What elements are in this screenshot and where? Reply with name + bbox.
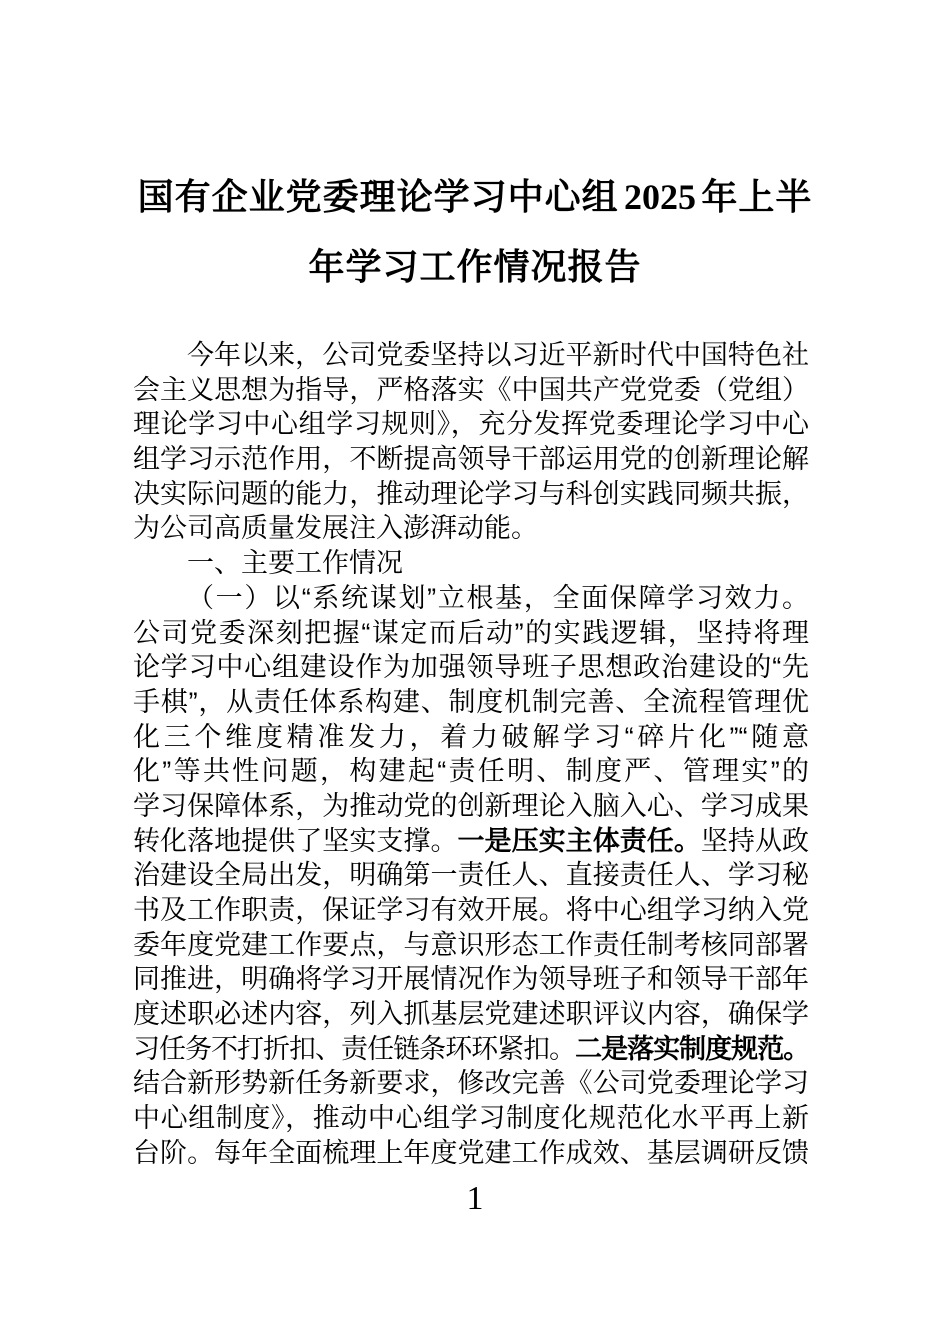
text-line: 度述职必述内容，列入抓基层党建述职评议内容，确保学	[133, 997, 809, 1032]
bold-emphasis: 一是压实主体责任。	[458, 826, 701, 856]
title-text-pre: 国有企业党委理论学习中心组	[138, 176, 619, 217]
bold-emphasis: 二是落实制度规范。	[575, 1034, 809, 1064]
text-line: 决实际问题的能力，推动理论学习与科创实践同频共振，	[133, 477, 809, 512]
text-line: 化三个维度精准发力，着力破解学习“碎片化”“随意	[133, 720, 809, 755]
text-line: 委年度党建工作要点，与意识形态工作责任制考核同部署	[133, 928, 809, 963]
text-line: 书及工作职责，保证学习有效开展。将中心组学习纳入党	[133, 893, 809, 928]
text-line: 理论学习中心组学习规则》，充分发挥党委理论学习中心	[133, 407, 809, 442]
title-text-post: 年上半	[701, 176, 812, 217]
text-line: 化”等共性问题，构建起“责任明、制度严、管理实”的	[133, 754, 809, 789]
text-line: 中心组制度》，推动中心组学习制度化规范化水平再上新	[133, 1101, 809, 1136]
text-line: 论学习中心组建设作为加强领导班子思想政治建设的“先	[133, 650, 809, 685]
title-year: 2025	[624, 177, 696, 217]
text-line: 习任务不打折扣、责任链条环环紧扣。二是落实制度规范。	[133, 1032, 809, 1067]
document-page: 国有企业党委理论学习中心组2025年上半 年学习工作情况报告 今年以来，公司党委…	[0, 0, 950, 1344]
title-line-1: 国有企业党委理论学习中心组2025年上半	[0, 162, 950, 232]
text-line: 转化落地提供了坚实支撑。一是压实主体责任。坚持从政	[133, 824, 809, 859]
text-line: 手棋”，从责任体系构建、制度机制完善、全流程管理优	[133, 685, 809, 720]
document-body: 今年以来，公司党委坚持以习近平新时代中国特色社会主义思想为指导，严格落实《中国共…	[133, 338, 809, 1171]
text-line: 治建设全局出发，明确第一责任人、直接责任人、学习秘	[133, 858, 809, 893]
text-line: 组学习示范作用，不断提高领导干部运用党的创新理论解	[133, 442, 809, 477]
text-line: 台阶。每年全面梳理上年度党建工作成效、基层调研反馈	[133, 1136, 809, 1171]
text-line: （一）以“系统谋划”立根基，全面保障学习效力。	[133, 581, 809, 616]
page-number: 1	[0, 1182, 950, 1216]
text-line: 结合新形势新任务新要求，修改完善《公司党委理论学习	[133, 1066, 809, 1101]
text-line: 今年以来，公司党委坚持以习近平新时代中国特色社	[133, 338, 809, 373]
document-title: 国有企业党委理论学习中心组2025年上半 年学习工作情况报告	[0, 162, 950, 301]
title-line-2: 年学习工作情况报告	[0, 232, 950, 301]
text-line: 同推进，明确将学习开展情况作为领导班子和领导干部年	[133, 962, 809, 997]
text-line: 学习保障体系，为推动党的创新理论入脑入心、学习成果	[133, 789, 809, 824]
text-line: 会主义思想为指导，严格落实《中国共产党党委（党组）	[133, 373, 809, 408]
text-line: 为公司高质量发展注入澎湃动能。	[133, 511, 809, 546]
text-line: 一、主要工作情况	[133, 546, 809, 581]
text-line: 公司党委深刻把握“谋定而后动”的实践逻辑，坚持将理	[133, 616, 809, 651]
